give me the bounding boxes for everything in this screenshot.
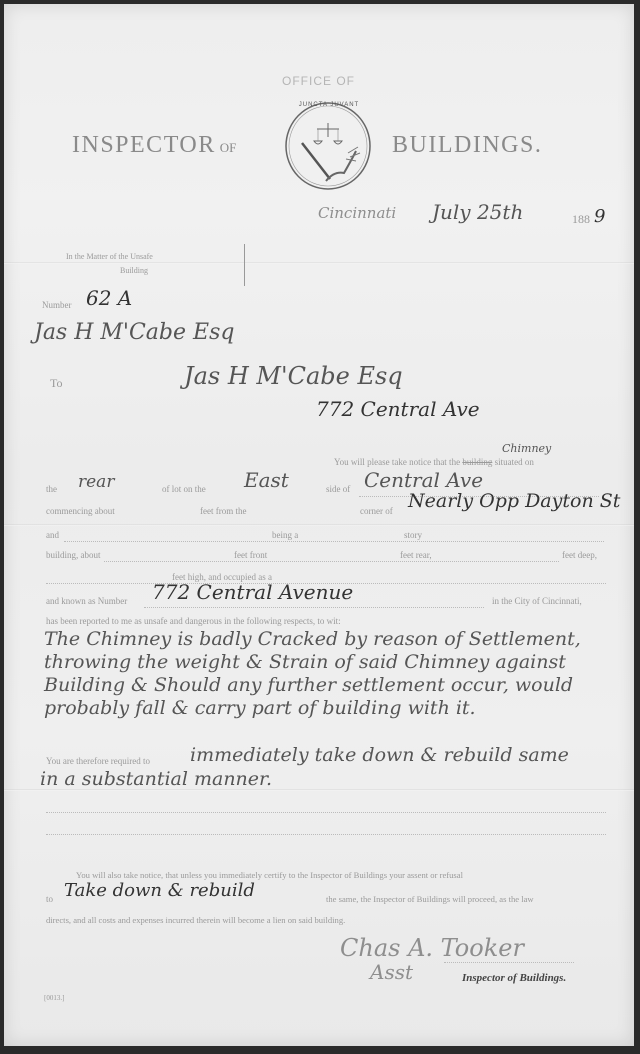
story-rule xyxy=(64,541,604,542)
title-of: OF xyxy=(220,140,237,155)
commencing-label: commencing about xyxy=(46,506,115,516)
number-value: 62 A xyxy=(86,286,132,310)
dateline-year-suffix: 9 xyxy=(594,206,605,227)
defect-line: Building & Should any further settlement… xyxy=(44,674,624,697)
requirement-line2: in a substantial manner. xyxy=(40,768,272,790)
of-lot-label: of lot on the xyxy=(162,484,206,494)
closing-text2: the same, the Inspector of Buildings wil… xyxy=(326,894,534,904)
story-label: story xyxy=(404,530,422,540)
requirement-line1: immediately take down & rebuild same xyxy=(190,744,569,766)
defect-line: probably fall & carry part of building w… xyxy=(44,697,624,720)
dimensions-rule xyxy=(104,561,559,562)
seal-motto: JUNCTA JUVANT xyxy=(294,102,364,108)
struck-word: building xyxy=(462,457,492,467)
notice-intro-text: You will please take notice that the xyxy=(334,457,460,467)
closing-text3: directs, and all costs and expenses incu… xyxy=(46,915,345,925)
feet-deep-label: feet deep, xyxy=(562,550,597,560)
position-value: rear xyxy=(78,472,114,492)
dateline-year-prefix: 188 xyxy=(572,212,590,227)
street-value: Central Ave xyxy=(364,468,483,492)
matter-caption-line2: Building xyxy=(120,266,148,275)
to-label: To xyxy=(50,376,63,391)
corner-value: Nearly Opp Dayton St xyxy=(408,490,620,512)
defect-line: throwing the weight & Strain of said Chi… xyxy=(44,651,624,674)
action-value: Take down & rebuild xyxy=(64,880,255,901)
side-value: East xyxy=(244,468,289,492)
defect-line: The Chimney is badly Cracked by reason o… xyxy=(44,628,624,651)
office-of-label: OFFICE OF xyxy=(282,74,355,88)
notice-intro-end: situated on xyxy=(495,457,534,467)
paper-fold xyxy=(4,262,634,264)
signature-title: Inspector of Buildings. xyxy=(462,972,566,984)
form-code: [0013.] xyxy=(44,994,64,1002)
dateline-city: Cincinnati xyxy=(318,204,396,222)
document-page: OFFICE OF INSPECTOR OF JUNCTA JUVANT BUI… xyxy=(4,4,634,1046)
addressee-name: Jas H M'Cabe Esq xyxy=(184,362,403,390)
reported-label: has been reported to me as unsafe and da… xyxy=(46,616,341,626)
feet-front-label: feet front xyxy=(234,550,267,560)
side-of-label: side of xyxy=(326,484,350,494)
title-inspector: INSPECTOR xyxy=(72,132,216,158)
closing-to-label: to xyxy=(46,894,53,904)
closing-text1: You will also take notice, that unless y… xyxy=(76,870,463,880)
signature-name: Chas A. Tooker xyxy=(340,934,524,962)
blank-rule xyxy=(46,834,606,835)
known-as-rule xyxy=(144,607,484,608)
caption-bracket xyxy=(244,244,245,286)
and-label: and xyxy=(46,530,59,540)
signature-rule xyxy=(444,962,574,963)
dateline-date: July 25th xyxy=(432,200,523,224)
corner-label: corner of xyxy=(360,506,393,516)
blank-rule xyxy=(46,812,606,813)
notice-intro: You will please take notice that the bui… xyxy=(334,457,534,467)
owner-name: Jas H M'Cabe Esq xyxy=(34,320,234,345)
paper-fold xyxy=(4,524,634,526)
title-left: INSPECTOR OF xyxy=(72,132,236,159)
known-as-label: and known as Number xyxy=(46,596,127,606)
seal-icon xyxy=(282,101,374,191)
matter-caption-line1: In the Matter of the Unsafe xyxy=(66,252,153,261)
inserted-word: Chimney xyxy=(502,442,551,455)
feet-rear-label: feet rear, xyxy=(400,550,432,560)
city-label: in the City of Cincinnati, xyxy=(492,596,582,606)
title-buildings: BUILDINGS. xyxy=(392,132,542,159)
signature-role: Asst xyxy=(370,960,413,984)
the-label: the xyxy=(46,484,57,494)
defects-block: The Chimney is badly Cracked by reason o… xyxy=(44,628,624,720)
being-label: being a xyxy=(272,530,298,540)
number-label: Number xyxy=(42,300,72,310)
addressee-address: 772 Central Ave xyxy=(316,397,480,421)
feet-from-label: feet from the xyxy=(200,506,246,516)
building-about-label: building, about xyxy=(46,550,101,560)
known-as-value: 772 Central Avenue xyxy=(152,580,353,604)
requirement-label: You are therefore required to xyxy=(46,756,150,766)
